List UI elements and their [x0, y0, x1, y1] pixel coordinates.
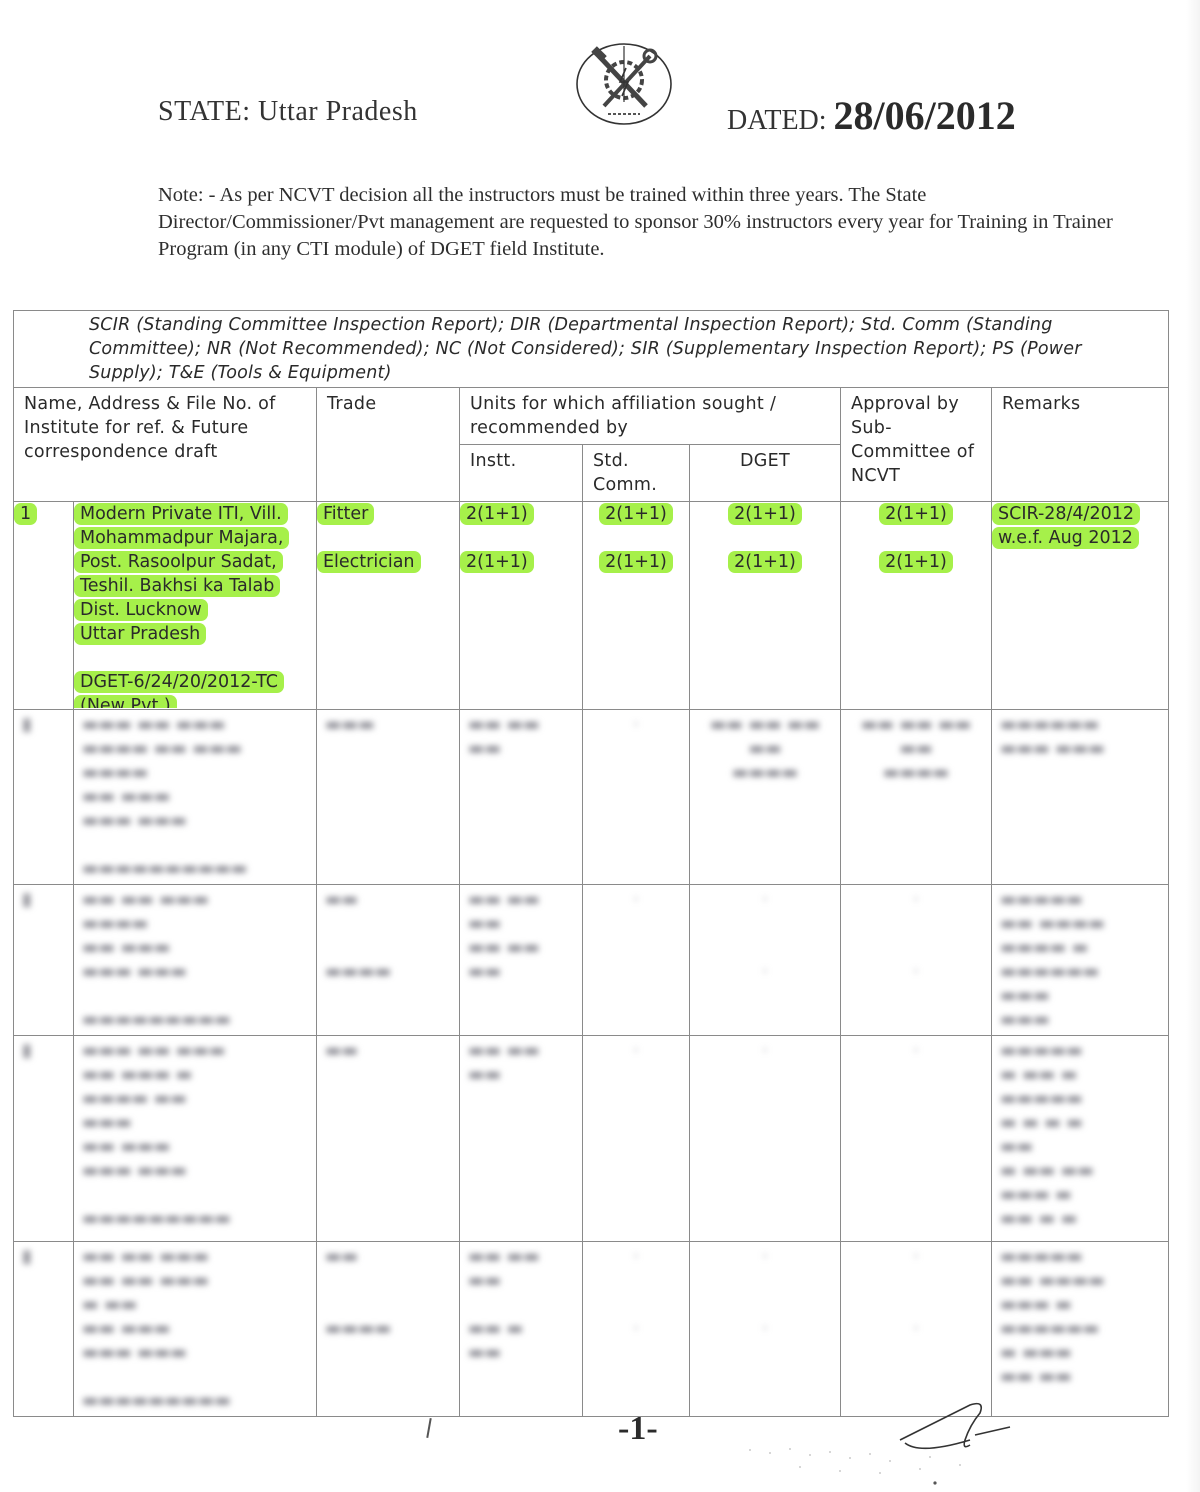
redacted-cell: ▬▬▬ ▬▬ ▬▬▬▬▬▬▬ ▬▬ ▬▬▬▬▬▬▬▬▬ ▬▬▬▬▬▬ ▬▬▬▬▬… [74, 710, 317, 885]
dget-units-cell: 2(1+1) 2(1+1) [690, 502, 841, 710]
page-number: -1- [618, 1410, 658, 1448]
address-line: Dist. Lucknow [74, 598, 316, 622]
table-row: 1 Modern Private ITI, Vill. Mohammadpur … [14, 502, 1169, 710]
redacted-cell: ▬▬ ▬▬ ▬▬▬▬▬▬▬▬ [690, 710, 841, 885]
scan-edge [1186, 0, 1200, 1492]
trade-fitter: Fitter [317, 503, 374, 525]
header-std-comm: Std. Comm. [583, 445, 690, 502]
pen-mark [426, 1418, 431, 1438]
redacted-row: ▮ ▬▬▬ ▬▬ ▬▬▬▬▬ ▬▬▬ ▬▬▬▬▬ ▬▬▬▬▬▬▬ ▬▬▬▬▬▬ … [14, 1036, 1169, 1242]
file-note: (New Pvt.) [74, 694, 316, 708]
redacted-cell: ▬▬ ▬▬▬▬ [460, 1036, 583, 1242]
redacted-cell: · [583, 885, 690, 1036]
ncvt-note: Note: - As per NCVT decision all the ins… [158, 182, 1118, 263]
redacted-cell: ·· [841, 1242, 992, 1417]
redacted-cell: · [583, 710, 690, 885]
signature-icon [730, 1395, 1020, 1490]
redacted-cell: ▬▬▬▬▬▬▬ ▬▬▬▬▬▬▬▬ ▬▬▬▬▬▬▬▬▬▬▬▬▬ [992, 885, 1169, 1036]
serial-number: 1 [14, 502, 74, 710]
redacted-cell: ▬▬ ▬▬▬▬▬▬ ▬▬▬▬ [460, 885, 583, 1036]
redacted-cell: ▬▬ ▬▬▬▬ [460, 710, 583, 885]
redacted-cell: ▬▬ ▬▬ ▬▬▬▬▬ ▬▬ ▬▬▬▬ ▬▬▬▬ ▬▬▬▬▬▬ ▬▬▬▬▬▬▬▬… [74, 1242, 317, 1417]
trade-cell: Fitter Electrician [317, 502, 460, 710]
header-dget: DGET [690, 445, 841, 502]
redacted-cell: ▮ [14, 1036, 74, 1242]
redacted-cell: ▬▬ ▬▬▬▬▬▬ ▬▬▬ [460, 1242, 583, 1417]
redacted-cell: ▮ [14, 885, 74, 1036]
redacted-cell: ·· [841, 885, 992, 1036]
std-comm-units-cell: 2(1+1) 2(1+1) [583, 502, 690, 710]
redacted-row: ▮ ▬▬▬ ▬▬ ▬▬▬▬▬▬▬ ▬▬ ▬▬▬▬▬▬▬▬▬ ▬▬▬▬▬▬ ▬▬▬… [14, 710, 1169, 885]
redacted-cell: · [583, 1036, 690, 1242]
header-units: Units for which affiliation sought / rec… [460, 388, 841, 445]
state-label: STATE: Uttar Pradesh [158, 96, 418, 128]
redacted-row: ▮ ▬▬ ▬▬ ▬▬▬▬▬▬▬▬▬ ▬▬▬▬▬▬ ▬▬▬▬▬▬▬▬▬▬▬▬ ▬▬… [14, 885, 1169, 1036]
dated-value: 28/06/2012 [834, 93, 1016, 138]
address-line: Teshil. Bakhsi ka Talab [74, 574, 316, 598]
redacted-cell: ▬▬ ▬▬ ▬▬▬▬▬▬▬▬ [841, 710, 992, 885]
header-remarks: Remarks [992, 388, 1169, 502]
legend-row: SCIR (Standing Committee Inspection Repo… [14, 311, 1169, 388]
affiliation-table: SCIR (Standing Committee Inspection Repo… [13, 310, 1169, 1417]
header-name-address: Name, Address & File No. of Institute fo… [14, 388, 317, 502]
redacted-cell: ▬▬▬▬▬▬ [317, 1242, 460, 1417]
dated-prefix: DATED: [727, 105, 827, 136]
abbreviation-legend: SCIR (Standing Committee Inspection Repo… [14, 311, 1169, 388]
remarks-cell: SCIR-28/4/2012 w.e.f. Aug 2012 [992, 502, 1169, 710]
redacted-cell: ▬▬▬▬▬▬ [317, 885, 460, 1036]
gear-wrench-hammer-emblem-icon [574, 42, 674, 126]
header-approval: Approval by Sub-Committee of NCVT [841, 388, 992, 502]
redacted-cell: ▮ [14, 710, 74, 885]
header-instt: Instt. [460, 445, 583, 502]
dated-label: DATED: 28/06/2012 [727, 92, 1016, 139]
header-trade: Trade [317, 388, 460, 502]
redacted-cell: ·· [690, 885, 841, 1036]
redacted-row: ▮ ▬▬ ▬▬ ▬▬▬▬▬ ▬▬ ▬▬▬▬ ▬▬▬▬ ▬▬▬▬▬▬ ▬▬▬▬▬▬… [14, 1242, 1169, 1417]
address-line: Modern Private ITI, Vill. [74, 502, 316, 526]
document-header: STATE: Uttar Pradesh DATED: 28/06/2012 [0, 0, 1200, 170]
redacted-cell: · [841, 1036, 992, 1242]
redacted-cell: ▮ [14, 1242, 74, 1417]
address-line: Mohammadpur Majara, [74, 526, 316, 550]
redacted-cell: ▬▬▬ ▬▬ ▬▬▬▬▬ ▬▬▬ ▬▬▬▬▬ ▬▬▬▬▬▬▬ ▬▬▬▬▬▬ ▬▬… [74, 1036, 317, 1242]
redacted-cell: ▬▬▬▬▬▬ ▬▬ ▬▬▬▬▬▬▬ ▬ ▬ ▬▬▬▬ ▬▬ ▬▬▬▬▬ ▬▬▬ … [992, 1036, 1169, 1242]
redacted-cell: ▬▬▬▬▬▬▬▬▬ ▬▬▬ [992, 710, 1169, 885]
instt-units-cell: 2(1+1) 2(1+1) [460, 502, 583, 710]
file-number: DGET-6/24/20/2012-TC [74, 670, 316, 694]
trade-electrician: Electrician [317, 551, 421, 573]
approval-units-cell: 2(1+1) 2(1+1) [841, 502, 992, 710]
redacted-cell: · [690, 1036, 841, 1242]
address-line: Uttar Pradesh [74, 622, 316, 646]
redacted-cell: ▬▬▬▬▬▬▬ ▬▬▬▬▬▬▬ ▬▬▬▬▬▬▬▬ ▬▬▬▬▬ ▬▬ [992, 1242, 1169, 1417]
redacted-cell: ▬▬ ▬▬ ▬▬▬▬▬▬▬▬▬ ▬▬▬▬▬▬ ▬▬▬▬▬▬▬▬▬▬▬▬ [74, 885, 317, 1036]
redacted-cell: ▬▬ [317, 1036, 460, 1242]
redacted-cell: ·· [583, 1242, 690, 1417]
redacted-cell: ▬▬▬ [317, 710, 460, 885]
institute-address: Modern Private ITI, Vill. Mohammadpur Ma… [74, 502, 317, 710]
redacted-cell: ·· [690, 1242, 841, 1417]
address-line: Post. Rasoolpur Sadat, [74, 550, 316, 574]
header-row: Name, Address & File No. of Institute fo… [14, 388, 1169, 445]
